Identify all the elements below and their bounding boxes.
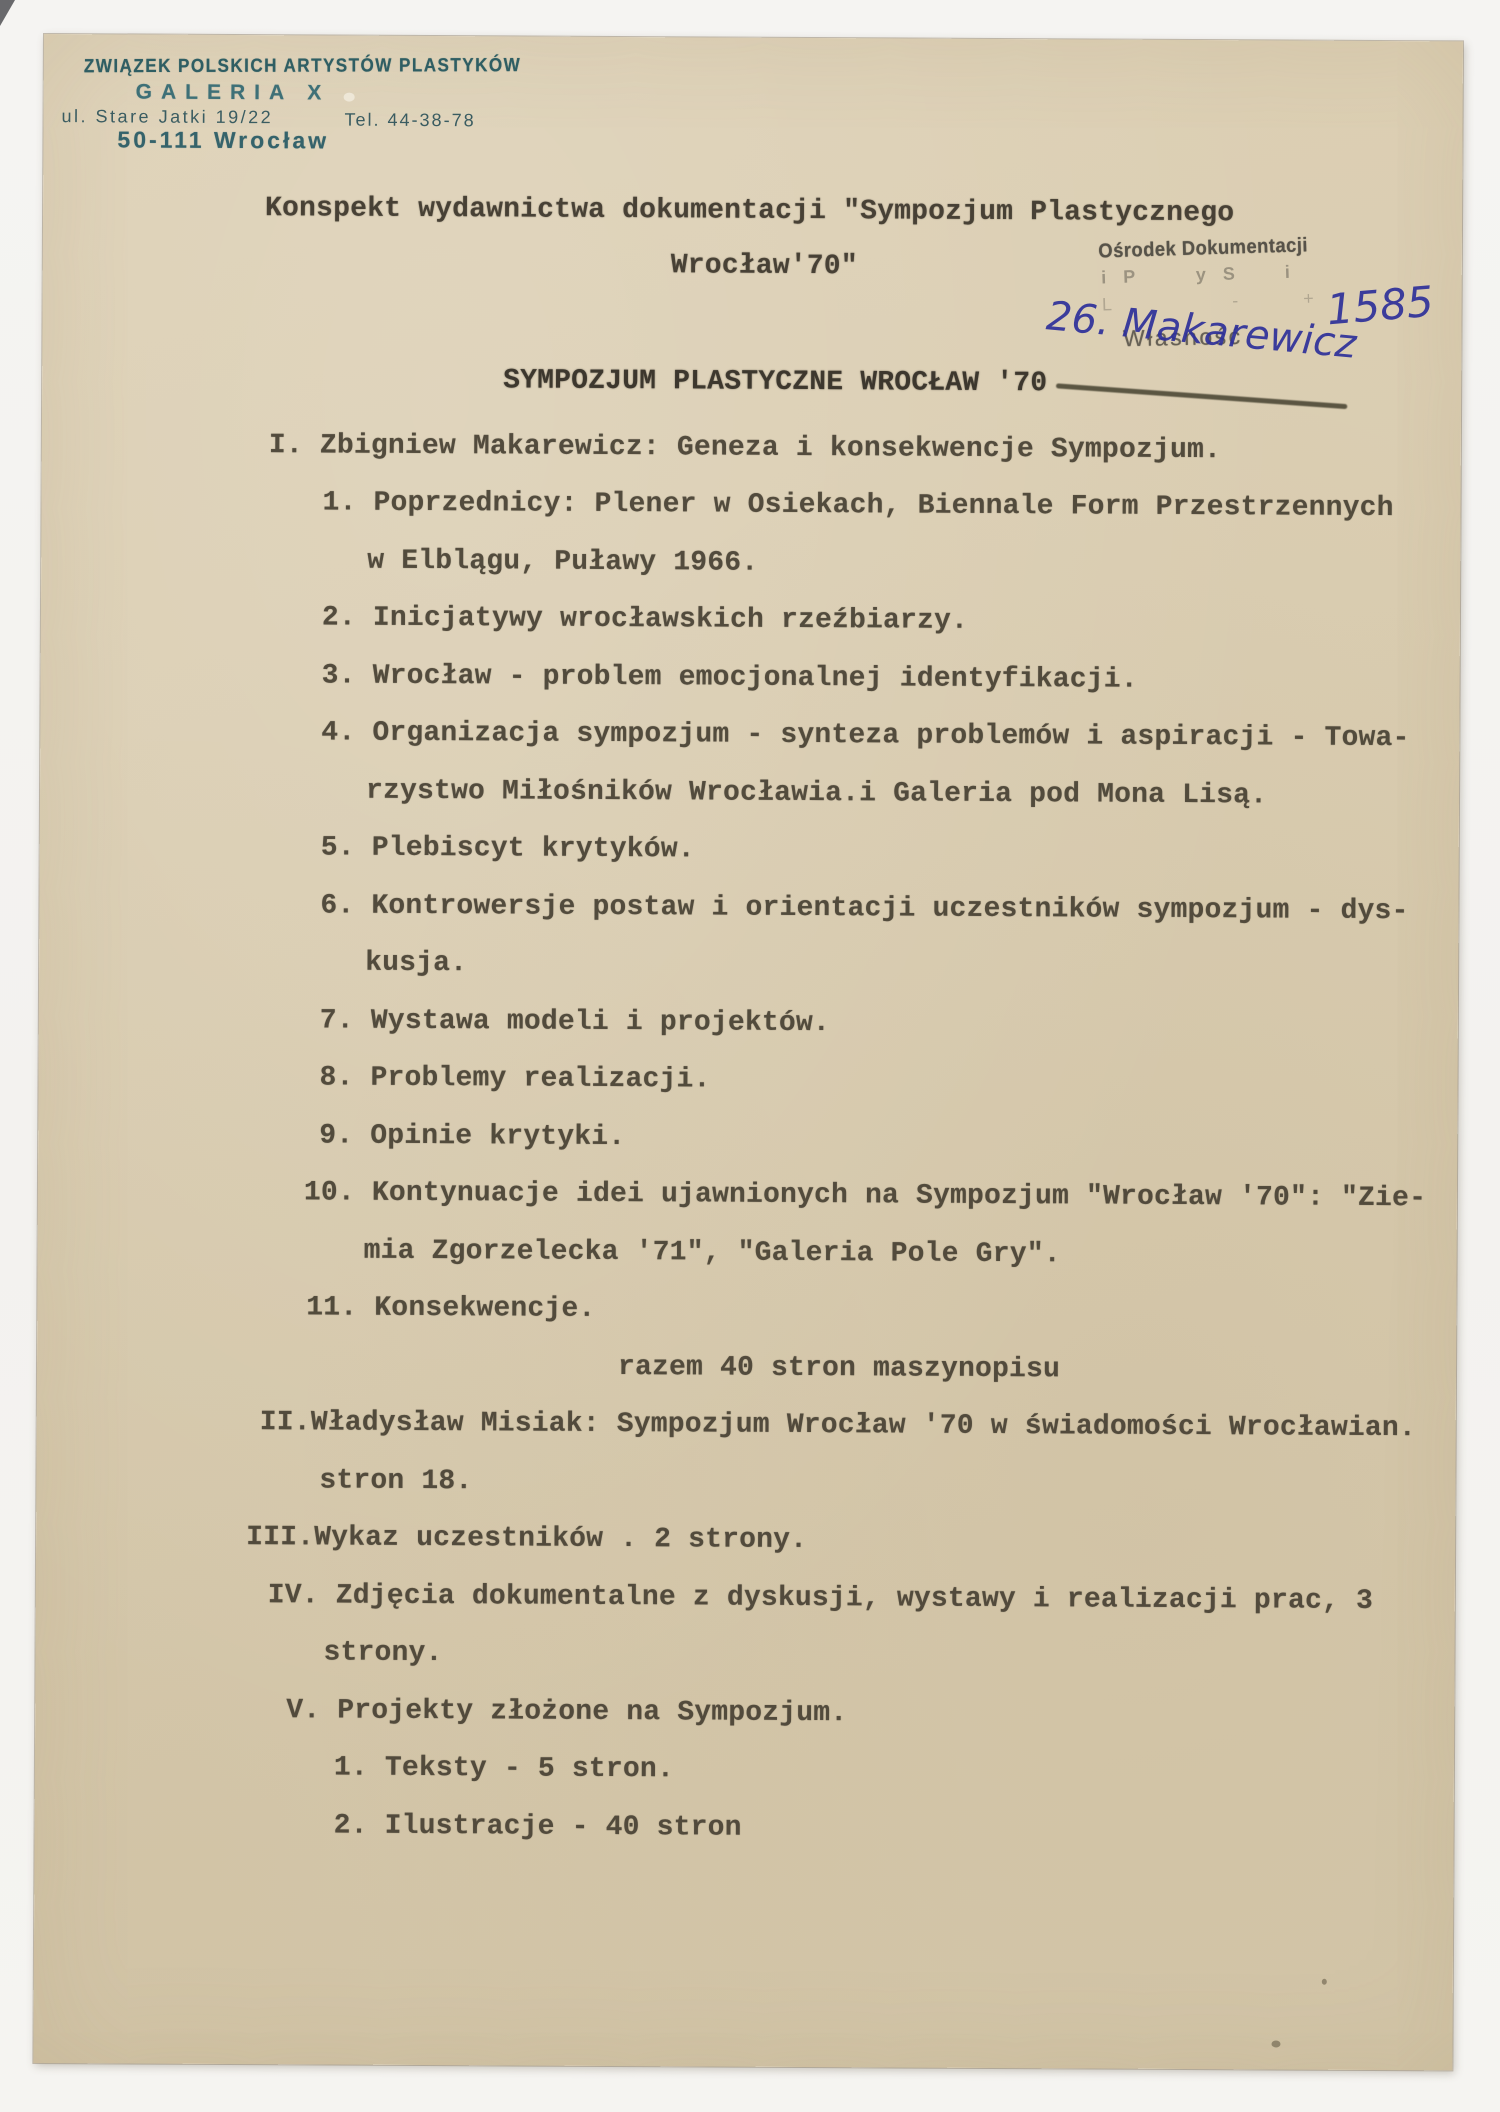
typewritten-line: III.Wykaz uczestników . 2 strony. xyxy=(246,1524,807,1555)
typewritten-line: w Elblągu, Puławy 1966. xyxy=(367,548,758,578)
typewritten-line: 4. Organizacja sympozjum - synteza probl… xyxy=(321,719,1409,753)
typewritten-line: V. Projekty złożone na Sympozjum. xyxy=(286,1697,847,1728)
typewritten-line: 1. Teksty - 5 stron. xyxy=(334,1755,674,1785)
typewritten-line: razem 40 stron maszynopisu xyxy=(618,1354,1060,1384)
typewritten-line: IV. Zdjęcia dokumentalne z dyskusji, wys… xyxy=(268,1582,1373,1616)
letterhead-organization: ZWIĄZEK POLSKICH ARTYSTÓW PLASTYKÓW xyxy=(84,55,521,78)
paper-speck xyxy=(1322,1979,1327,1985)
typewritten-line: II.Władysław Misiak: Sympozjum Wrocław '… xyxy=(260,1409,1416,1443)
doc-stamp-line-2: i P y S i xyxy=(1101,262,1296,289)
typewritten-line: 3. Wrocław - problem emocjonalnej identy… xyxy=(322,662,1138,694)
typewritten-line: 1. Poprzednicy: Plener w Osiekach, Bienn… xyxy=(322,489,1393,523)
typewritten-line: 2. Inicjatywy wrocławskich rzeźbiarzy. xyxy=(322,604,968,635)
main-heading: SYMPOZJUM PLASTYCZNE WROCŁAW '70 xyxy=(503,367,1047,398)
document-title-line-2: Wrocław'70" xyxy=(671,252,858,281)
outline-body: I. Zbigniew Makarewicz: Geneza i konsekw… xyxy=(44,34,1463,41)
typewritten-line: rzystwo Miłośników Wrocławia.i Galeria p… xyxy=(366,778,1267,811)
typewritten-line: 5. Plebiscyt krytyków. xyxy=(321,834,695,864)
paper-speck xyxy=(1271,2040,1280,2047)
typewritten-line: 10. Kontynuacje idei ujawnionych na Symp… xyxy=(304,1179,1426,1213)
letterhead-address: ul. Stare Jatki 19/22 xyxy=(62,106,274,128)
letterhead-stamp: ZWIĄZEK POLSKICH ARTYSTÓW PLASTYKÓW GALE… xyxy=(44,34,1463,41)
document-title-line-1: Konspekt wydawnictwa dokumentacji "Sympo… xyxy=(265,195,1234,228)
typewritten-line: mia Zgorzelecka '71", "Galeria Pole Gry"… xyxy=(364,1238,1061,1270)
typewritten-line: I. Zbigniew Makarewicz: Geneza i konsekw… xyxy=(269,432,1221,465)
scanned-document-page: { "paper": { "color": "#d9ccb0" }, "lett… xyxy=(0,0,1500,2112)
typewritten-line: stron 18. xyxy=(319,1467,472,1496)
typewritten-line: 8. Problemy realizacji. xyxy=(319,1064,710,1094)
typewritten-line: kusja. xyxy=(365,950,467,979)
typewritten-line: 2. Ilustracje - 40 stron xyxy=(334,1813,742,1843)
typewritten-line: 6. Kontrowersje postaw i orientacji ucze… xyxy=(320,892,1408,926)
typewritten-line: strony. xyxy=(323,1639,442,1668)
paper-speck xyxy=(344,93,355,102)
doc-stamp-line-1: Ośrodek Dokumentacji xyxy=(1098,234,1308,263)
typewritten-line: 7. Wystawa modeli i projektów. xyxy=(320,1007,830,1038)
document-paper: ZWIĄZEK POLSKICH ARTYSTÓW PLASTYKÓW GALE… xyxy=(33,34,1463,2070)
typewritten-line: 9. Opinie krytyki. xyxy=(319,1122,625,1152)
letterhead-gallery-name: GALERIA X xyxy=(136,80,331,105)
typewritten-line: 11. Konsekwencje. xyxy=(306,1294,595,1324)
letterhead-city: 50-111 Wrocław xyxy=(117,126,329,154)
letterhead-phone: Tel. 44-38-78 xyxy=(344,110,475,132)
scanner-edge-artifact xyxy=(0,0,15,26)
